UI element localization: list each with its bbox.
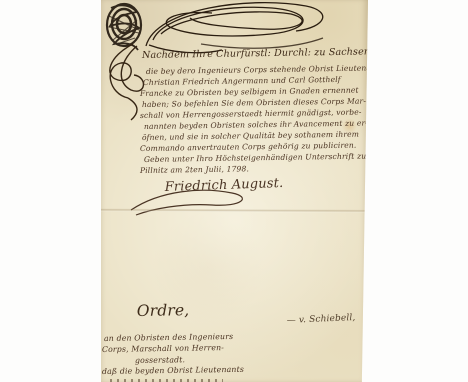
fold-crease bbox=[101, 208, 368, 212]
body-line: Nachdem Ihre Churfürstl: Durchl: zu Sach… bbox=[142, 46, 374, 61]
photo-of-document: Nachdem Ihre Churfürstl: Durchl: zu Sach… bbox=[0, 0, 468, 382]
ordre-heading: Ordre, bbox=[137, 301, 190, 320]
body-line: Geben unter Ihro Höchsteigenhändigen Unt… bbox=[144, 152, 366, 165]
manuscript-paper: Nachdem Ihre Churfürstl: Durchl: zu Sach… bbox=[101, 0, 368, 382]
royal-signature: Friedrich August. bbox=[164, 176, 283, 195]
top-swirl-flourish bbox=[146, 3, 323, 53]
cascade-flourish bbox=[110, 44, 144, 120]
ink-seal-knot bbox=[107, 4, 141, 50]
ordre-line: Corps, Marschall von Herren- bbox=[102, 343, 224, 354]
ordre-line: daß die beyden Obrist Lieutenants bbox=[102, 365, 244, 376]
date-line: Pillnitz am 2ten Julii, 1798. bbox=[140, 164, 249, 176]
countersignature: — v. Schiebell, bbox=[287, 313, 356, 326]
ordre-line: gosserstadt. bbox=[135, 355, 185, 365]
body-line: die bey dero Ingenieurs Corps stehende O… bbox=[146, 63, 384, 77]
ordre-line: an den Obristen des Ingenieurs bbox=[104, 332, 233, 343]
